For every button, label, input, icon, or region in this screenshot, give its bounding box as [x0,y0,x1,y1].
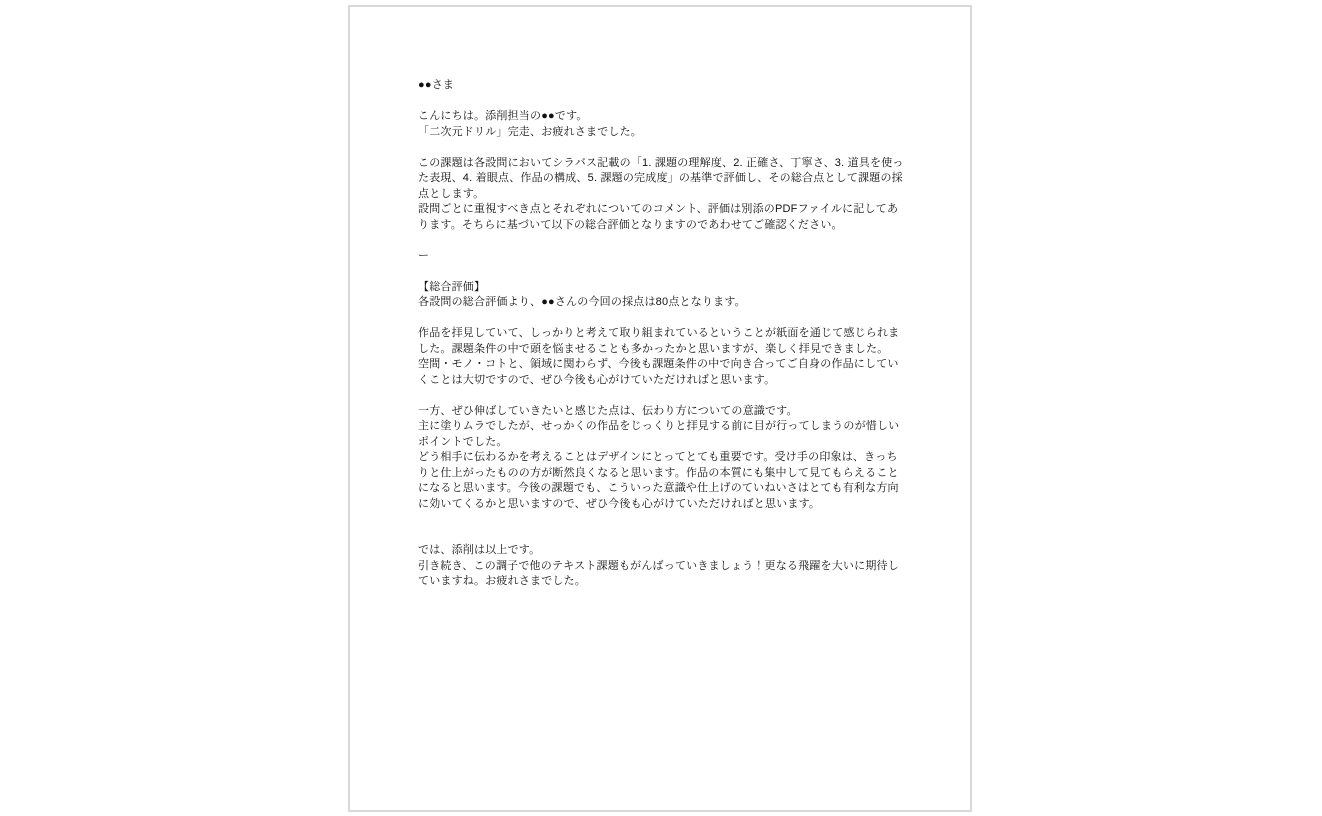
paragraph-improvement-feedback: 一方、ぜひ伸ばしていきたいと感じた点は、伝わり方についての意識です。 主に塗りム… [418,404,906,513]
paragraph-closing: では、添削は以上です。 引き続き、この調子で他のテキスト課題もがんばっていきまし… [418,543,906,590]
divider-dash: ー [418,249,906,265]
paragraph-overall-evaluation: 【総合評価】 各設問の総合評価より、●●さんの今回の採点は80点となります。 [418,280,906,311]
letter-body: ●●さま こんにちは。添削担当の●●です。 「二次元ドリル」完走、お疲れさまでし… [418,78,906,590]
paragraph-evaluation-criteria: この課題は各設問においてシラバス記載の「1. 課題の理解度、2. 正確さ、丁寧さ… [418,156,906,234]
paragraph-greeting: こんにちは。添削担当の●●です。 「二次元ドリル」完走、お疲れさまでした。 [418,109,906,140]
paragraph-positive-feedback: 作品を拝見していて、しっかりと考えて取り組まれているということが紙面を通じて感じ… [418,326,906,388]
app-background: ●●さま こんにちは。添削担当の●●です。 「二次元ドリル」完走、お疲れさまでし… [0,0,1322,816]
paragraph-salutation: ●●さま [418,78,906,94]
document-page: ●●さま こんにちは。添削担当の●●です。 「二次元ドリル」完走、お疲れさまでし… [348,5,972,812]
